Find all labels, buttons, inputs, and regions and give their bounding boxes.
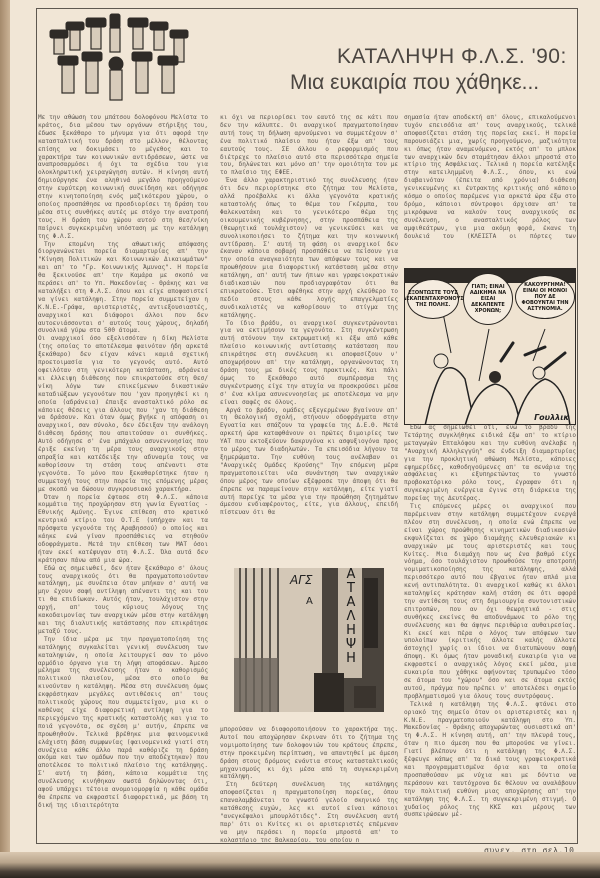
headline-title: ΚΑΤΑΛΗΨΗ Φ.Λ.Σ. '90:: [290, 44, 590, 70]
paragraph: Αργά το βράδυ, ομάδες εξεγερμένων βγαίνο…: [220, 407, 398, 518]
paragraph: Ένα άλλο χαρακτηριστικό της συνέλευσης ή…: [220, 177, 398, 319]
paragraph: μπορούσαν να διαφοροποιήσουν το χαρακτήρ…: [220, 726, 398, 781]
headline-subtitle: Μια ευκαιρία που χάθηκε...: [290, 70, 590, 96]
paragraph: Στη δεύτερη συνέλευση της κατάληψης αποφ…: [220, 781, 398, 842]
speech-bubble-2: ΓΙΑΤΙ; ΕΙΝΑΙ ΑΔΙΚΗΜΑ ΝΑ ΕΙΣΑΙ ΔΕΚΑΠΕΝΤΕ …: [463, 273, 513, 325]
page-spine: [0, 0, 10, 878]
article-column-2: κι όχι να περιορίσει τον εαυτό της σε κά…: [220, 114, 398, 566]
paragraph: Την ίδια μέρα με την πραγματοποίηση της …: [38, 636, 208, 810]
comic-cartoon: ΕΞΟΝΤΩΣΤΕ ΤΟΥΣ ΔΕΚΑΠΕΝΤΑΧΡΟΝΟΥΣ ΤΗΣ ΠΟΛΗ…: [404, 268, 576, 425]
paragraph: Οι αναρχικοί όσο εξελισσόταν η δίκη Μελί…: [38, 335, 208, 493]
paragraph: Όταν η πορεία έφτασε στη Φ.Λ.Σ. κάποια κ…: [38, 494, 208, 565]
article-column-2-continued: μπορούσαν να διαφοροποιήσουν το χαρακτήρ…: [220, 726, 398, 842]
paragraph: Εδώ ας σημειωθεί ότι, ενώ το βράδυ της Τ…: [404, 424, 576, 503]
page-bottom-edge: [0, 852, 600, 878]
cartoonist-signature: Γουλλικ: [534, 413, 569, 422]
paragraph: Την επομένη της αθωωτικής απόφασης διοργ…: [38, 241, 208, 336]
paragraph: Τις επόμενες μέρες οι αναρχικοί που παρέ…: [404, 503, 576, 701]
occupation-photo: ΑΓΣ Α ΑΤΑΛΗΨΗ: [234, 568, 384, 712]
photo-image: ΑΓΣ Α: [234, 568, 384, 712]
paragraph: Με την αθώωση του μπάτσου δολοφόνου Μελί…: [38, 114, 208, 241]
speech-bubble-1: ΕΞΟΝΤΩΣΤΕ ΤΟΥΣ ΔΕΚΑΠΕΝΤΑΧΡΟΝΟΥΣ ΤΗΣ ΠΟΛΗ…: [407, 279, 459, 319]
article-column-3-continued: Εδώ ας σημειωθεί ότι, ενώ το βράδυ της Τ…: [404, 424, 576, 842]
paragraph: Το ίδιο βράδυ, οι αναρχικοί συγκεντρώνον…: [220, 320, 398, 407]
svg-text:Α: Α: [306, 596, 313, 607]
speech-bubble-3: ΚΑΚΟΥΡΓΗΜΑ! ΕΙΝΑΙ ΟΙ ΜΟΝΟΙ ΠΟΥ ΔΕ ΦΟΒΟΥΝ…: [515, 275, 575, 319]
guns-illustration: [40, 12, 200, 112]
paragraph: σημασία ήταν αποδεκτή απ' όλους, επικαλο…: [404, 114, 576, 240]
paragraph: Εδώ ας σημειωθεί, δεν ήταν ξεκάθαρο σ' ό…: [38, 565, 208, 636]
article-column-1: Με την αθώωση του μπάτσου δολοφόνου Μελί…: [38, 114, 208, 840]
paragraph: Τελικά η κατάληψη της Φ.Λ.Σ. φτάνει στο …: [404, 701, 576, 820]
svg-text:ΑΓΣ: ΑΓΣ: [289, 573, 313, 587]
headline: ΚΑΤΑΛΗΨΗ Φ.Λ.Σ. '90: Μια ευκαιρία που χά…: [290, 44, 590, 96]
article-column-3: σημασία ήταν αποδεκτή απ' όλους, επικαλο…: [404, 114, 576, 240]
paragraph: κι όχι να περιορίσει τον εαυτό της σε κά…: [220, 114, 398, 177]
graffiti-text: ΑΤΑΛΗΨΗ: [342, 568, 360, 666]
